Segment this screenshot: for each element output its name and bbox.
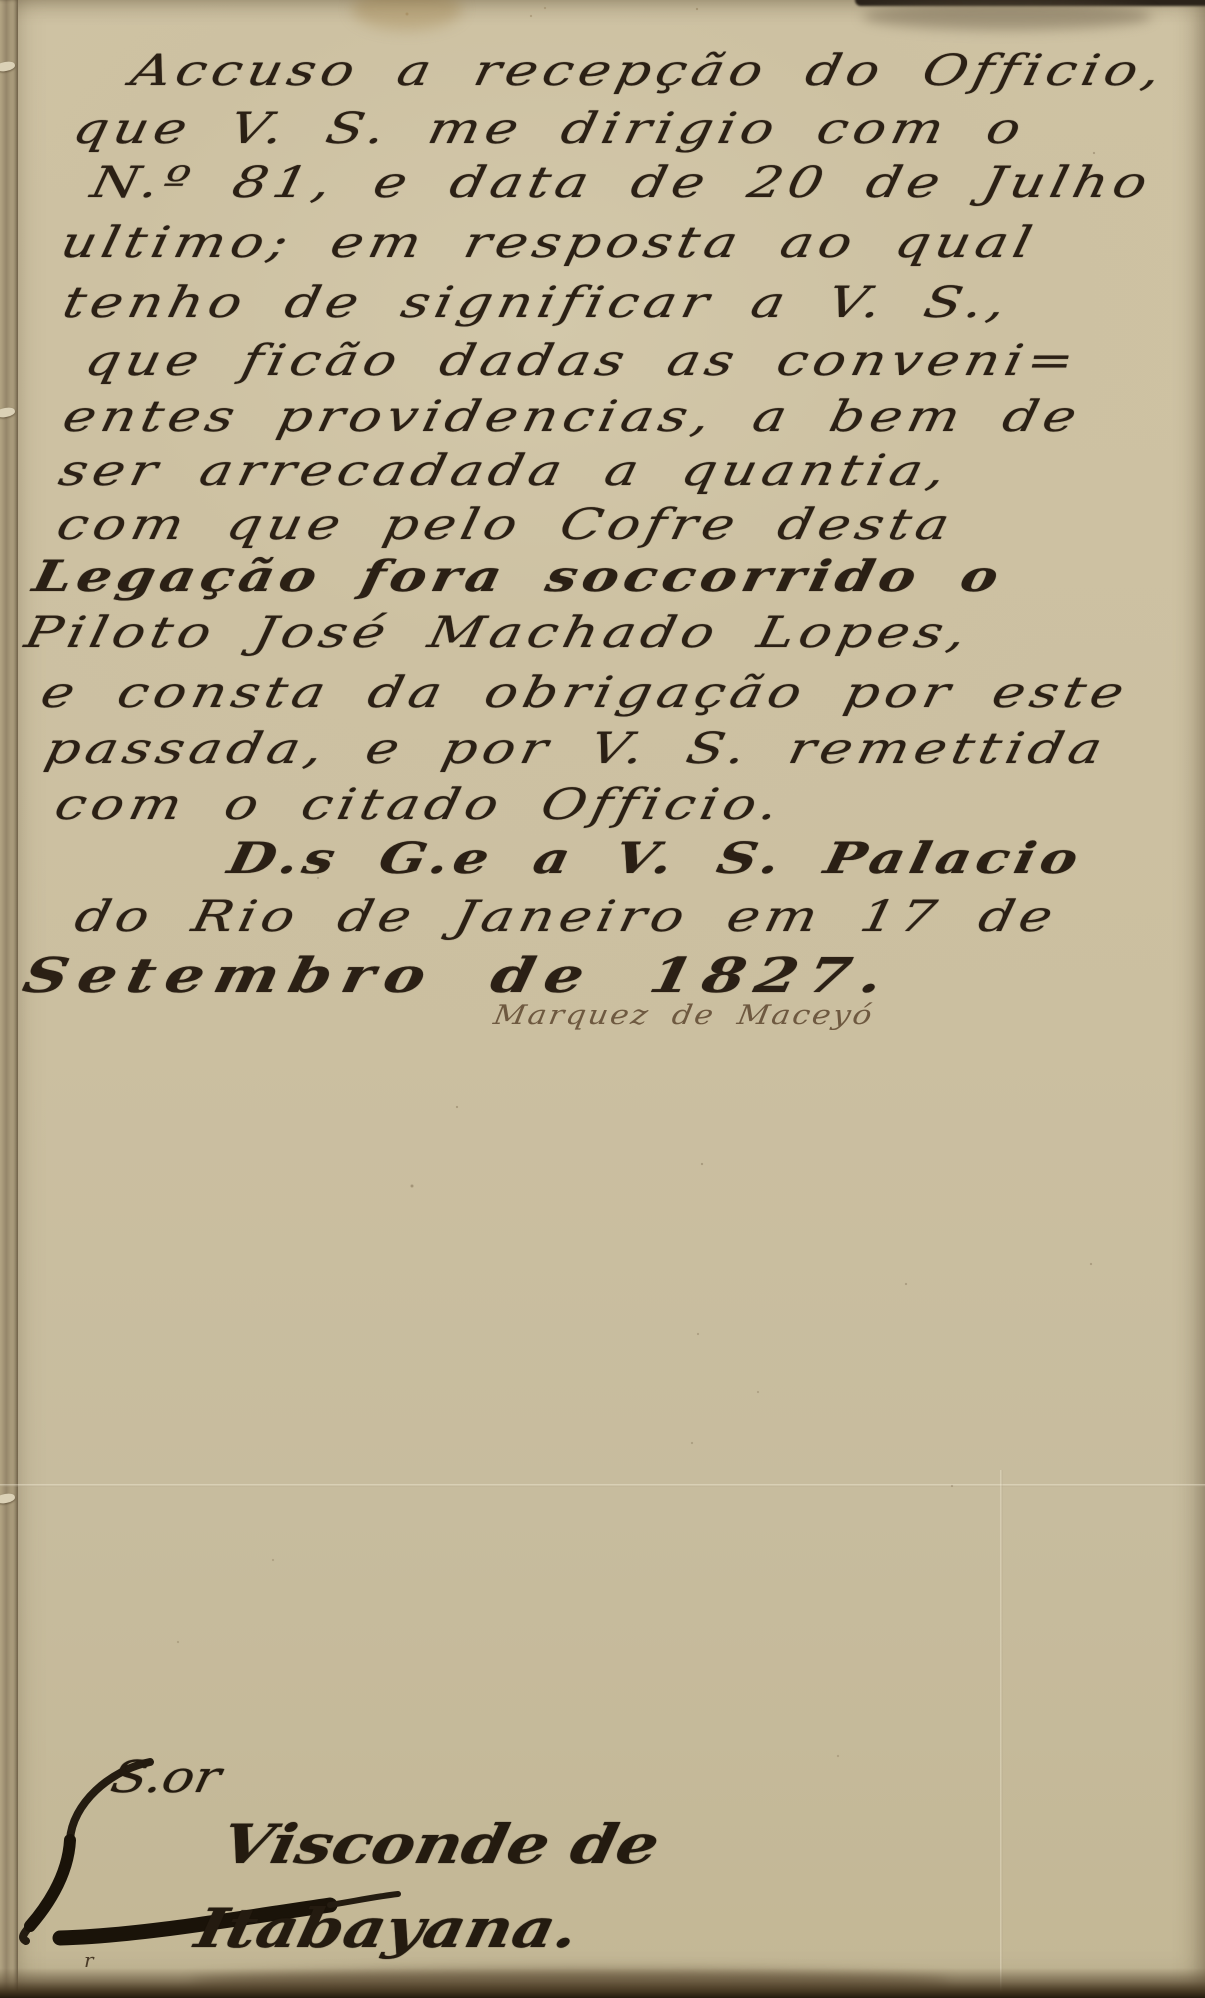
letter-line: com o citado Officio. (50, 780, 787, 830)
binding-stitch (0, 406, 16, 418)
address-name: Itabayana. (190, 1896, 584, 1960)
letter-line: do Rio de Janeiro em 17 de (70, 892, 1062, 942)
letter-line: com que pelo Cofre desta (52, 500, 958, 550)
letter-line: tenho de significar a V. S., (58, 278, 1015, 328)
letter-line: Accuso a recepção do Officio, (126, 46, 1170, 96)
binding-stitch (0, 60, 16, 72)
letter-line: Legação fora soccorrido o (28, 552, 1007, 602)
letter-line: ser arrecadada a quantia, (54, 446, 955, 496)
address-honorific: S.or (106, 1752, 225, 1803)
letter-line: que V. S. me dirigio com o (68, 104, 1030, 154)
binding-stitch (0, 1492, 16, 1504)
smudge-stain (862, 2, 1152, 30)
paper-stain (352, 0, 462, 30)
letter-line: ultimo; em resposta ao qual (56, 218, 1041, 268)
letter-line: passada, e por V. S. remettida (40, 724, 1111, 774)
fold-crease-horizontal (0, 1484, 1205, 1487)
letter-line: Piloto José Machado Lopes, (20, 608, 975, 658)
binding-edge (0, 0, 18, 1998)
letter-line: e consta da obrigação por este (36, 668, 1133, 718)
fold-crease-vertical (1000, 1470, 1003, 1998)
letter-line: D.s G.e a V. S. Palacio (223, 834, 1087, 884)
letter-line: que ficão dadas as conveni= (80, 336, 1083, 386)
folio-mark: r (84, 1948, 94, 1972)
letter-line: Setembro de 1827. (18, 948, 898, 1004)
manuscript-page: Accuso a recepção do Officio, que V. S. … (0, 0, 1205, 1998)
signature: Marquez de Maceyó (491, 1000, 876, 1031)
letter-line: N.º 81, e data de 20 de Julho (86, 158, 1156, 208)
letter-line: entes providencias, a bem de (58, 392, 1086, 442)
address-title: Visconde de (216, 1812, 665, 1876)
